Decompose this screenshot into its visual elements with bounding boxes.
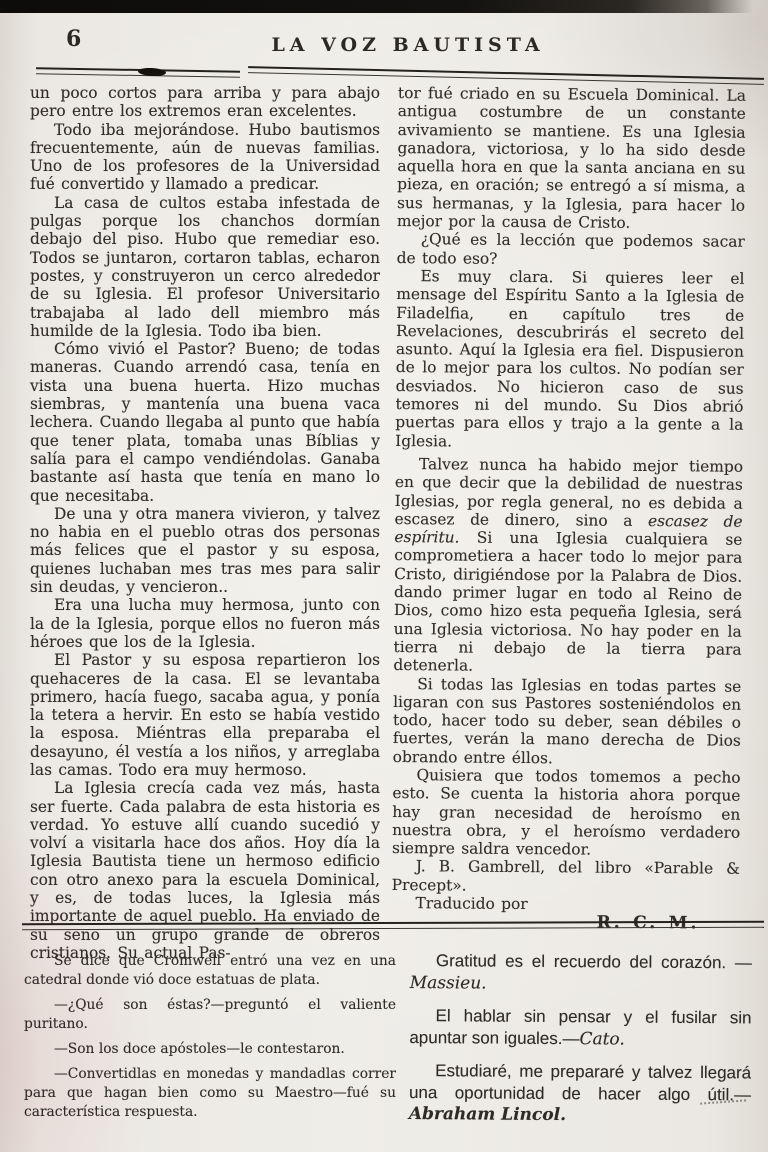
quote-attribution: Massieu. — [410, 972, 487, 993]
scanned-newspaper-page: 6 LA VOZ BAUTISTA un poco cortos para ar… — [0, 0, 768, 1152]
article-paragraph: Quisiera que todos tomemos a pecho esto.… — [392, 766, 741, 860]
quote: Gratitud es el recuerdo del corazón. — M… — [410, 950, 752, 996]
article-paragraph: Cómo vivió el Pastor? Bueno; de todas ma… — [30, 340, 380, 505]
quote-text: Estudiaré, me prepararé y talvez llegará… — [409, 1061, 751, 1104]
anecdote-paragraph: Se dice que Cromwell entró una vez en un… — [24, 952, 396, 990]
article-paragraph: Es muy clara. Si quieres leer el mensage… — [395, 267, 744, 453]
article-paragraph: Todo iba mejorándose. Hubo bautismos fre… — [30, 121, 380, 194]
article-paragraph: un poco cortos para arriba y para abajo … — [30, 84, 380, 121]
header-rule-right — [248, 66, 764, 85]
article-paragraph: tor fué criado en su Escuela Dominical. … — [397, 84, 746, 233]
masthead-title: LA VOZ BAUTISTA — [0, 34, 768, 56]
anecdote-paragraph: —Son los doce apóstoles—le contestaron. — [24, 1040, 396, 1059]
quotes-column: Gratitud es el recuerdo del corazón. — M… — [409, 950, 752, 1139]
article-paragraph: Si todas las Iglesias en todas partes se… — [393, 674, 742, 768]
quote: Estudiaré, me prepararé y talvez llegará… — [409, 1060, 751, 1128]
article-paragraph: De una y otra manera vivieron, y talvez … — [30, 505, 380, 596]
article-attribution: J. B. Gambrell, del libro «Parable & Pre… — [392, 857, 740, 896]
article-left-column: un poco cortos para arriba y para abajo … — [30, 84, 380, 962]
article-paragraph: Era una lucha muy hermosa, junto con la … — [30, 596, 380, 651]
article-paragraph: La Iglesia crecía cada vez más, hasta se… — [30, 779, 380, 962]
quote-text: Gratitud es el recuerdo del corazón. — — [436, 951, 752, 972]
quote-attribution: Abraham Lincol. — [409, 1104, 566, 1125]
article-paragraph: ¿Qué es la lección que podemos sacar de … — [397, 230, 745, 269]
anecdote-paragraph: —¿Qué son éstas?—preguntó el valiente pu… — [24, 996, 396, 1034]
paragraph-text: Si una Iglesia cualquiera se comprometie… — [393, 529, 742, 675]
anecdote-paragraph: —Convertidlas en monedas y mandadlas cor… — [24, 1065, 396, 1122]
translated-by-line: Traducido por — [391, 894, 739, 915]
scan-edge-artifact — [0, 0, 768, 13]
quote: El hablar sin pensar y el fusilar sin ap… — [409, 1005, 751, 1051]
quote-attribution: Cato. — [579, 1029, 624, 1049]
anecdote-column: Se dice que Cromwell entró una vez en un… — [24, 952, 396, 1128]
article-right-column: tor fué criado en su Escuela Dominical. … — [391, 84, 746, 933]
article-paragraph: Talvez nunca ha habido mejor tiempo en q… — [393, 455, 743, 677]
article-paragraph: La casa de cultos estaba infestada de pu… — [30, 194, 380, 340]
article-paragraph: El Pastor y su esposa repartieron los qu… — [30, 651, 380, 779]
